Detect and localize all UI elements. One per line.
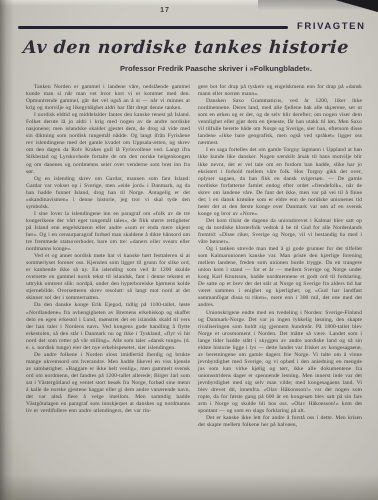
masthead-title: FRIVAGTEN bbox=[297, 21, 373, 32]
scan-corner-dark-wedge bbox=[326, 0, 378, 22]
page-number: 17 bbox=[150, 7, 180, 14]
paragraph: Unionskrigene endte med en tvedeling i N… bbox=[198, 310, 362, 416]
paragraph: Det kom tilsist de dagene da unionsbreve… bbox=[198, 218, 362, 246]
scan-edge-top bbox=[0, 0, 378, 6]
paragraph: I nordisk eldtid og middelalder fantes d… bbox=[26, 112, 190, 175]
scan-corner-shadow bbox=[258, 0, 378, 10]
article-body: Tanken Norden er gammel i landene våre, … bbox=[26, 84, 362, 429]
left-column: Tanken Norden er gammel i landene våre, … bbox=[26, 84, 190, 429]
paragraph: Da den danske konge Erik Ejegod, tidlig … bbox=[26, 302, 190, 351]
paragraph: De andre folkene i Norden sloss imidlert… bbox=[26, 352, 190, 415]
paragraph: Dansken Saxo Grammaticus, ved år 1200, l… bbox=[198, 98, 362, 147]
header-rule bbox=[18, 26, 288, 29]
paragraph: Det er kanske ikke lett for andre å fors… bbox=[198, 415, 362, 429]
paragraph: Tanken Norden er gammel i landene våre, … bbox=[26, 84, 190, 112]
paragraph: Og en islending skrev om Gardar, mannen … bbox=[26, 176, 190, 211]
scanned-magazine-page: 17 FRIVAGTEN Av den nordiske tankes hist… bbox=[0, 0, 378, 500]
scan-edge-left bbox=[0, 0, 14, 500]
paragraph: I sine lover la islendingene inn en para… bbox=[26, 211, 190, 253]
paragraph: I en saga fortelles det om gamle Torgny … bbox=[198, 147, 362, 217]
article-title: Av den nordiske tankes historie bbox=[22, 38, 353, 58]
paragraph: gere bot for drap på tyskere og engelskm… bbox=[198, 84, 362, 98]
right-column: gere bot for drap på tyskere og engelskm… bbox=[198, 84, 362, 429]
article-subtitle: Professor Fredrik Paasche skriver i »Fol… bbox=[88, 64, 344, 73]
paragraph: Og i tanken strevde man med å gi gode gr… bbox=[198, 246, 362, 309]
paragraph: Ved et og annet nordisk møte har vi kans… bbox=[26, 253, 190, 302]
scan-edge-bottom bbox=[0, 474, 378, 500]
